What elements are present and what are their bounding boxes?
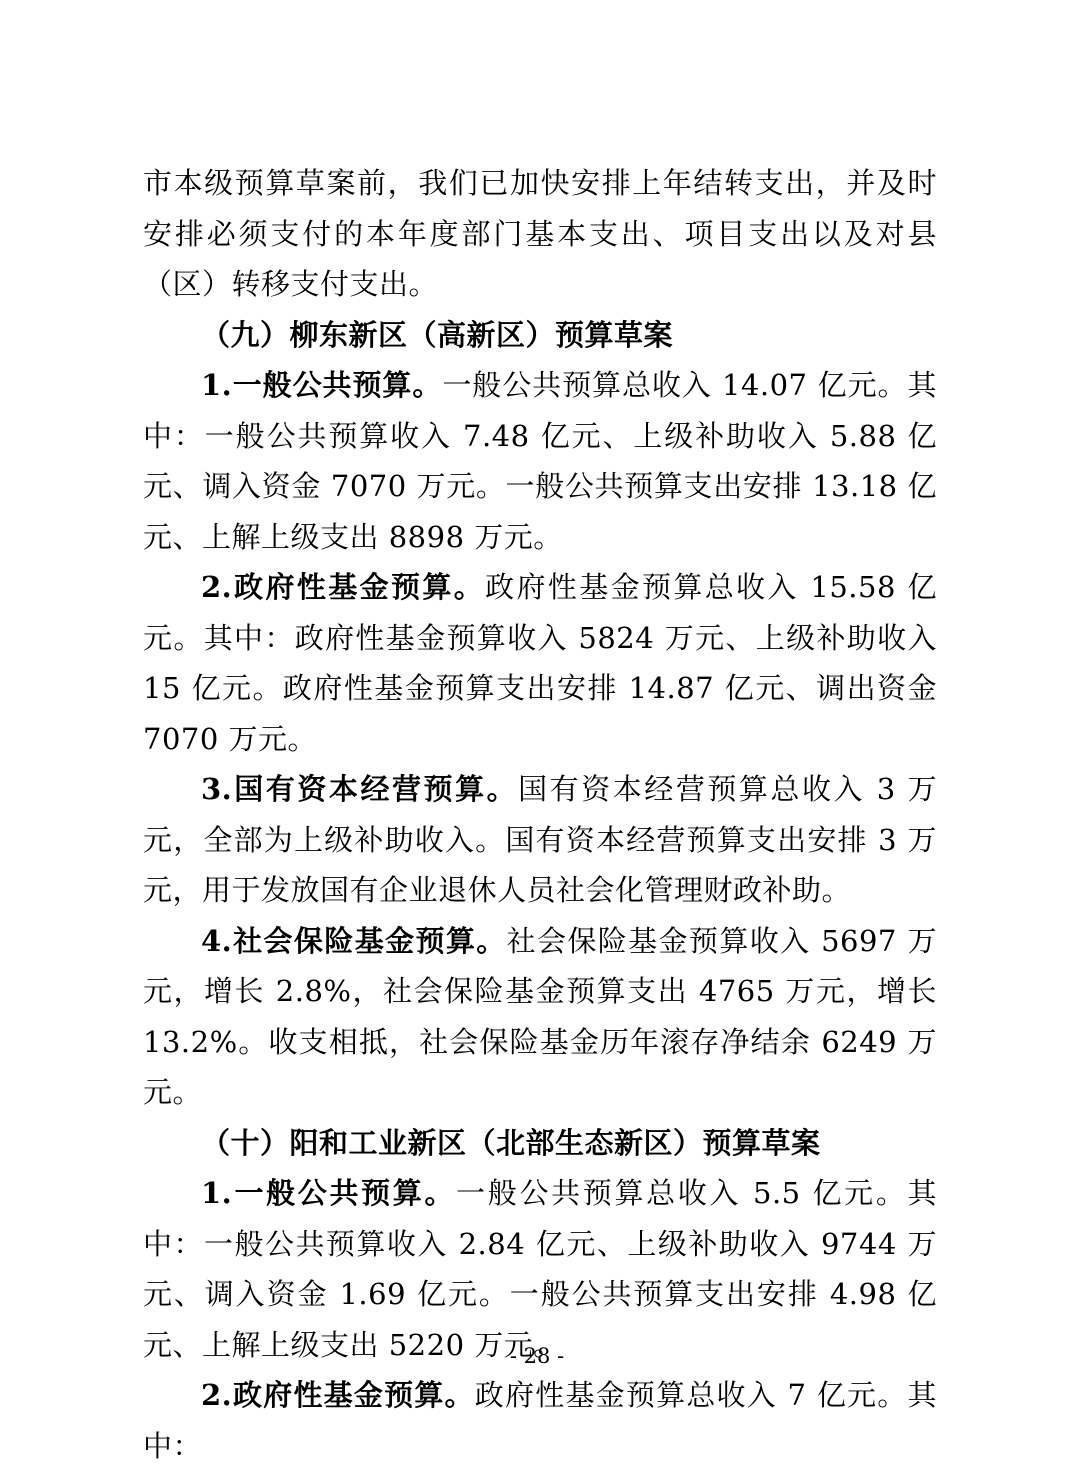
page-number: - 28 - [0, 1343, 1074, 1369]
section-10-item-1: 1.一般公共预算。一般公共预算总收入 5.5 亿元。其中：一般公共预算收入 2.… [143, 1168, 937, 1370]
section-10-item-2: 2.政府性基金预算。政府性基金预算总收入 7 亿元。其中： [143, 1370, 937, 1471]
section-9-item-4: 4.社会保险基金预算。社会保险基金预算收入 5697 万元，增长 2.8%，社会… [143, 916, 937, 1118]
section-10-item-2-lead: 2.政府性基金预算。 [201, 1378, 475, 1412]
section-9-item-2-lead: 2.政府性基金预算。 [201, 570, 485, 604]
page-content: 市本级预算草案前，我们已加快安排上年结转支出，并及时安排必须支付的本年度部门基本… [143, 158, 937, 1471]
document-page: 市本级预算草案前，我们已加快安排上年结转支出，并及时安排必须支付的本年度部门基本… [0, 0, 1074, 1484]
section-9-item-4-lead: 4.社会保险基金预算。 [201, 924, 507, 958]
section-9-heading: （九）柳东新区（高新区）预算草案 [143, 310, 937, 361]
section-9-item-1-lead: 1.一般公共预算。 [201, 368, 442, 402]
section-10-heading: （十）阳和工业新区（北部生态新区）预算草案 [143, 1118, 937, 1169]
section-9-item-1: 1.一般公共预算。一般公共预算总收入 14.07 亿元。其中：一般公共预算收入 … [143, 360, 937, 562]
section-9-item-2: 2.政府性基金预算。政府性基金预算总收入 15.58 亿元。其中：政府性基金预算… [143, 562, 937, 764]
section-9-item-3: 3.国有资本经营预算。国有资本经营预算总收入 3 万元，全部为上级补助收入。国有… [143, 764, 937, 916]
section-10-item-1-lead: 1.一般公共预算。 [201, 1176, 456, 1210]
intro-paragraph: 市本级预算草案前，我们已加快安排上年结转支出，并及时安排必须支付的本年度部门基本… [143, 158, 937, 310]
section-9-item-3-lead: 3.国有资本经营预算。 [201, 772, 518, 806]
